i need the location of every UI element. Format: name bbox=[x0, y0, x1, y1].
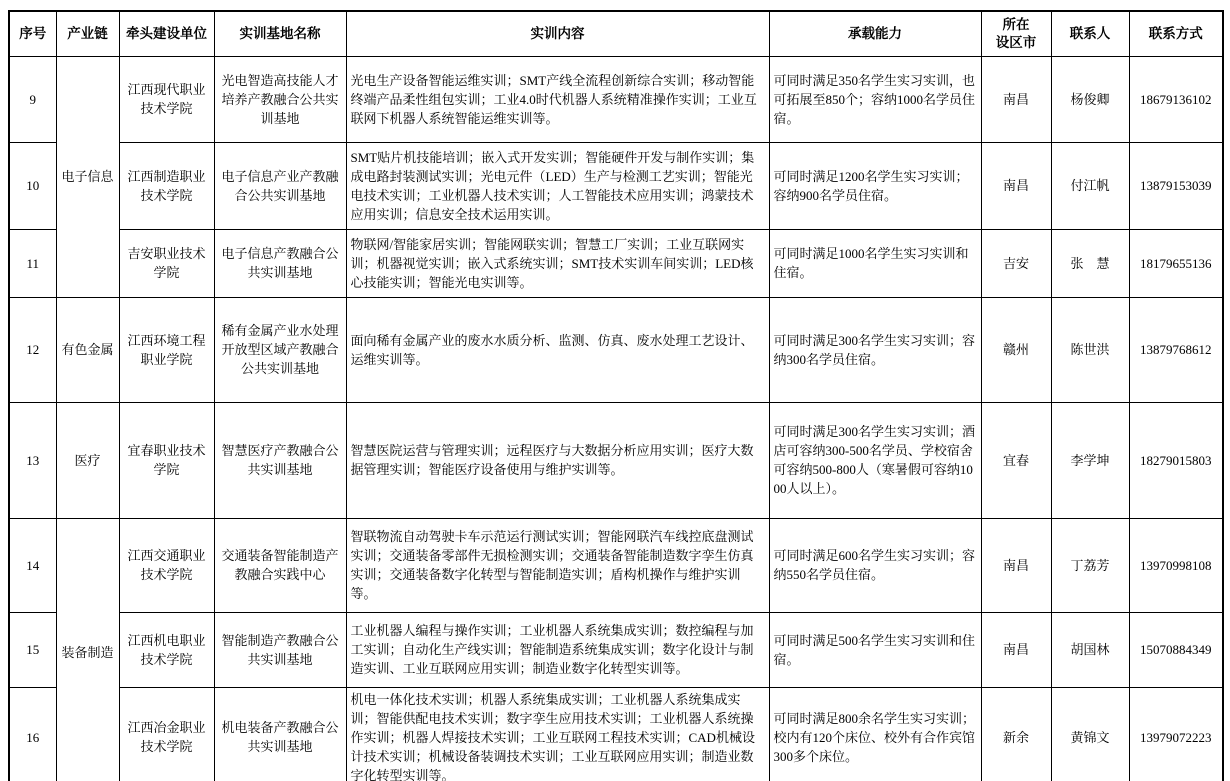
cell-unit: 吉安职业技术学院 bbox=[119, 229, 214, 297]
table-row: 14装备制造江西交通职业技术学院交通装备智能制造产教融合实践中心智联物流自动驾驶… bbox=[9, 518, 1223, 612]
cell-capacity: 可同时满足600名学生实习实训；容纳550名学员住宿。 bbox=[769, 518, 981, 612]
table-row: 15江西机电职业技术学院智能制造产教融合公共实训基地工业机器人编程与操作实训；工… bbox=[9, 612, 1223, 687]
cell-seq: 11 bbox=[9, 229, 56, 297]
header-training-content: 实训内容 bbox=[346, 11, 769, 56]
cell-seq: 13 bbox=[9, 402, 56, 518]
header-lead-unit: 牵头建设单位 bbox=[119, 11, 214, 56]
cell-phone: 13879153039 bbox=[1129, 142, 1223, 229]
cell-city: 宜春 bbox=[981, 402, 1051, 518]
cell-contact: 杨俊卿 bbox=[1051, 56, 1129, 142]
cell-capacity: 可同时满足1000名学生实习实训和住宿。 bbox=[769, 229, 981, 297]
cell-capacity: 可同时满足500名学生实习实训和住宿。 bbox=[769, 612, 981, 687]
cell-unit: 江西环境工程职业学院 bbox=[119, 297, 214, 402]
cell-seq: 16 bbox=[9, 687, 56, 781]
cell-city: 赣州 bbox=[981, 297, 1051, 402]
cell-capacity: 可同时满足350名学生实习实训，也可拓展至850个；容纳1000名学员住宿。 bbox=[769, 56, 981, 142]
header-city: 所在 设区市 bbox=[981, 11, 1051, 56]
cell-base-name: 稀有金属产业水处理开放型区域产教融合公共实训基地 bbox=[214, 297, 346, 402]
table-row: 11吉安职业技术学院电子信息产教融合公共实训基地物联网/智能家居实训；智能网联实… bbox=[9, 229, 1223, 297]
cell-unit: 江西冶金职业技术学院 bbox=[119, 687, 214, 781]
cell-city: 南昌 bbox=[981, 612, 1051, 687]
header-seq: 序号 bbox=[9, 11, 56, 56]
header-contact-person: 联系人 bbox=[1051, 11, 1129, 56]
cell-content: 机电一体化技术实训；机器人系统集成实训；工业机器人系统集成实训；智能供配电技术实… bbox=[346, 687, 769, 781]
cell-city: 新余 bbox=[981, 687, 1051, 781]
table-row: 9电子信息江西现代职业技术学院光电智造高技能人才培养产教融合公共实训基地光电生产… bbox=[9, 56, 1223, 142]
cell-capacity: 可同时满足300名学生实习实训；酒店可容纳300-500名学员、学校宿舍可容纳5… bbox=[769, 402, 981, 518]
cell-seq: 12 bbox=[9, 297, 56, 402]
cell-base-name: 交通装备智能制造产教融合实践中心 bbox=[214, 518, 346, 612]
cell-seq: 9 bbox=[9, 56, 56, 142]
cell-content: 面向稀有金属产业的废水水质分析、监测、仿真、废水处理工艺设计、运维实训等。 bbox=[346, 297, 769, 402]
cell-unit: 江西现代职业技术学院 bbox=[119, 56, 214, 142]
document-page: 序号产业链牵头建设单位实训基地名称实训内容承载能力所在 设区市联系人联系方式 9… bbox=[0, 0, 1230, 781]
cell-base-name: 智能制造产教融合公共实训基地 bbox=[214, 612, 346, 687]
cell-content: SMT贴片机技能培训；嵌入式开发实训；智能硬件开发与制作实训；集成电路封装测试实… bbox=[346, 142, 769, 229]
cell-contact: 张 慧 bbox=[1051, 229, 1129, 297]
cell-unit: 江西机电职业技术学院 bbox=[119, 612, 214, 687]
cell-industry: 电子信息 bbox=[56, 56, 119, 297]
cell-seq: 14 bbox=[9, 518, 56, 612]
cell-industry: 装备制造 bbox=[56, 518, 119, 781]
cell-city: 南昌 bbox=[981, 518, 1051, 612]
cell-phone: 18179655136 bbox=[1129, 229, 1223, 297]
cell-base-name: 智慧医疗产教融合公共实训基地 bbox=[214, 402, 346, 518]
header-industry-chain: 产业链 bbox=[56, 11, 119, 56]
cell-capacity: 可同时满足300名学生实习实训；容纳300名学员住宿。 bbox=[769, 297, 981, 402]
cell-base-name: 光电智造高技能人才培养产教融合公共实训基地 bbox=[214, 56, 346, 142]
cell-content: 智联物流自动驾驶卡车示范运行测试实训；智能网联汽车线控底盘测试实训；交通装备零部… bbox=[346, 518, 769, 612]
table-body: 9电子信息江西现代职业技术学院光电智造高技能人才培养产教融合公共实训基地光电生产… bbox=[9, 56, 1223, 781]
cell-unit: 江西制造职业技术学院 bbox=[119, 142, 214, 229]
cell-phone: 13970998108 bbox=[1129, 518, 1223, 612]
table-header: 序号产业链牵头建设单位实训基地名称实训内容承载能力所在 设区市联系人联系方式 bbox=[9, 11, 1223, 56]
cell-base-name: 机电装备产教融合公共实训基地 bbox=[214, 687, 346, 781]
training-base-table: 序号产业链牵头建设单位实训基地名称实训内容承载能力所在 设区市联系人联系方式 9… bbox=[8, 10, 1224, 781]
cell-industry: 有色金属 bbox=[56, 297, 119, 402]
cell-industry: 医疗 bbox=[56, 402, 119, 518]
cell-contact: 李学坤 bbox=[1051, 402, 1129, 518]
cell-phone: 13979072223 bbox=[1129, 687, 1223, 781]
table-row: 12有色金属江西环境工程职业学院稀有金属产业水处理开放型区域产教融合公共实训基地… bbox=[9, 297, 1223, 402]
cell-phone: 18279015803 bbox=[1129, 402, 1223, 518]
cell-city: 南昌 bbox=[981, 142, 1051, 229]
cell-base-name: 电子信息产教融合公共实训基地 bbox=[214, 229, 346, 297]
header-row: 序号产业链牵头建设单位实训基地名称实训内容承载能力所在 设区市联系人联系方式 bbox=[9, 11, 1223, 56]
cell-content: 工业机器人编程与操作实训；工业机器人系统集成实训；数控编程与加工实训；自动化生产… bbox=[346, 612, 769, 687]
cell-city: 吉安 bbox=[981, 229, 1051, 297]
cell-city: 南昌 bbox=[981, 56, 1051, 142]
header-capacity: 承载能力 bbox=[769, 11, 981, 56]
cell-content: 物联网/智能家居实训；智能网联实训；智慧工厂实训；工业互联网实训；机器视觉实训；… bbox=[346, 229, 769, 297]
cell-contact: 黄锦文 bbox=[1051, 687, 1129, 781]
cell-phone: 15070884349 bbox=[1129, 612, 1223, 687]
table-row: 16江西冶金职业技术学院机电装备产教融合公共实训基地机电一体化技术实训；机器人系… bbox=[9, 687, 1223, 781]
table-row: 13医疗宜春职业技术学院智慧医疗产教融合公共实训基地智慧医院运营与管理实训；远程… bbox=[9, 402, 1223, 518]
cell-unit: 江西交通职业技术学院 bbox=[119, 518, 214, 612]
header-contact-phone: 联系方式 bbox=[1129, 11, 1223, 56]
cell-phone: 13879768612 bbox=[1129, 297, 1223, 402]
cell-seq: 10 bbox=[9, 142, 56, 229]
cell-contact: 丁荔芳 bbox=[1051, 518, 1129, 612]
cell-base-name: 电子信息产业产教融合公共实训基地 bbox=[214, 142, 346, 229]
cell-contact: 胡国林 bbox=[1051, 612, 1129, 687]
cell-contact: 陈世洪 bbox=[1051, 297, 1129, 402]
cell-capacity: 可同时满足1200名学生实习实训；容纳900名学员住宿。 bbox=[769, 142, 981, 229]
cell-phone: 18679136102 bbox=[1129, 56, 1223, 142]
cell-seq: 15 bbox=[9, 612, 56, 687]
cell-contact: 付江帆 bbox=[1051, 142, 1129, 229]
table-row: 10江西制造职业技术学院电子信息产业产教融合公共实训基地SMT贴片机技能培训；嵌… bbox=[9, 142, 1223, 229]
cell-content: 光电生产设备智能运维实训；SMT产线全流程创新综合实训；移动智能终端产品柔性组包… bbox=[346, 56, 769, 142]
cell-content: 智慧医院运营与管理实训；远程医疗与大数据分析应用实训；医疗大数据管理实训；智能医… bbox=[346, 402, 769, 518]
cell-capacity: 可同时满足800余名学生实习实训；校内有120个床位、校外有合作宾馆300多个床… bbox=[769, 687, 981, 781]
header-base-name: 实训基地名称 bbox=[214, 11, 346, 56]
cell-unit: 宜春职业技术学院 bbox=[119, 402, 214, 518]
